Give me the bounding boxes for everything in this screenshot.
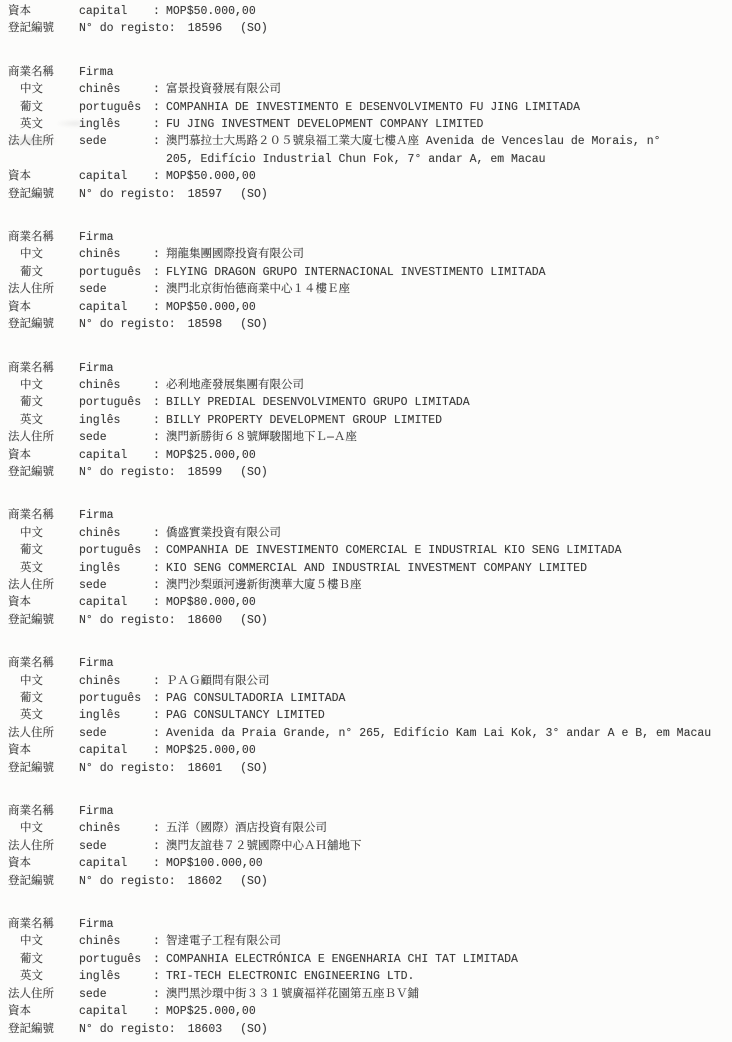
field-row: 法人住所sede:澳門黑沙環中街３３１號廣福祥花園第五座ＢＶ鋪 [0,986,732,1003]
registration-entry: 商業名稱Firma中文chinês:ＰＡＧ顧問有限公司葡文português:P… [0,655,732,777]
field-label-zh: 法人住所 [0,133,79,150]
colon-separator: : [153,1003,166,1020]
field-label-zh: 中文 [0,933,79,950]
field-value: COMPANHIA DE INVESTIMENTO COMERCIAL E IN… [166,542,732,559]
field-label-pt: capital [79,3,153,20]
firm-header-row: 商業名稱Firma [0,360,732,377]
field-label-pt: Firma [79,916,153,933]
field-row: 葡文português:BILLY PREDIAL DESENVOLVIMENT… [0,394,732,411]
registry-row: 登記編號N° do registo:18603(SO) [0,1021,732,1038]
field-value: MOP$100.000,00 [166,855,732,872]
field-label-zh: 法人住所 [0,577,79,594]
field-label-pt: sede [79,838,153,855]
colon-separator: : [153,81,166,98]
field-label-pt: chinês [79,933,153,950]
field-row: 中文chinês:僑盛實業投資有限公司 [0,525,732,542]
colon-separator: : [153,377,166,394]
registry-number: 18597 [188,186,223,203]
registry-row: 登記編號N° do registo:18600(SO) [0,612,732,629]
registration-entry: 商業名稱Firma中文chinês:五洋（國際）酒店投資有限公司法人住所sede… [0,803,732,890]
field-label-pt: sede [79,281,153,298]
field-row: 資本capital:MOP$50.000,00 [0,3,732,20]
field-label-zh: 葡文 [0,99,79,116]
registry-number: 18601 [188,760,223,777]
field-label-pt: chinês [79,525,153,542]
field-label-pt: sede [79,429,153,446]
firm-header-row: 商業名稱Firma [0,507,732,524]
registration-entry: 商業名稱Firma中文chinês:富景投資發展有限公司葡文português:… [0,64,732,203]
colon-separator: : [153,707,166,724]
field-label-zh: 登記編號 [0,873,79,890]
registration-entry: 商業名稱Firma中文chinês:翔龍集團國際投資有限公司葡文portuguê… [0,229,732,333]
field-value: Avenida da Praia Grande, n° 265, Edifíci… [166,725,732,742]
field-label-zh: 中文 [0,525,79,542]
colon-separator: : [153,820,166,837]
field-row: 英文inglês:TRI-TECH ELECTRONIC ENGINEERING… [0,968,732,985]
field-value: 富景投資發展有限公司 [166,81,732,98]
field-label-zh: 資本 [0,594,79,611]
field-label-pt: capital [79,299,153,316]
field-label-zh: 法人住所 [0,429,79,446]
field-value: 澳門沙梨頭河邊新街澳華大廈５樓Ｂ座 [166,577,732,594]
field-value: 澳門慕拉士大馬路２０５號泉福工業大廈七樓Ａ座 Avenida de Vences… [166,133,732,150]
field-value: 澳門黑沙環中街３３１號廣福祥花園第五座ＢＶ鋪 [166,986,732,1003]
field-label-zh: 資本 [0,742,79,759]
field-row: 法人住所sede:澳門北京街怡德商業中心１４樓Ｅ座 [0,281,732,298]
colon-separator: : [153,168,166,185]
colon-separator: : [153,838,166,855]
field-label-pt: chinês [79,820,153,837]
field-label-zh: 中文 [0,673,79,690]
registry-number: 18603 [188,1021,223,1038]
registry-row: 登記編號N° do registo:18599(SO) [0,464,732,481]
colon-separator: : [153,525,166,542]
field-label-zh: 登記編號 [0,186,79,203]
colon-separator: : [153,99,166,116]
field-row: 葡文português:COMPANHIA ELECTRÓNICA E ENGE… [0,951,732,968]
colon-separator: : [153,968,166,985]
field-label-zh: 法人住所 [0,281,79,298]
field-value: MOP$50.000,00 [166,299,732,316]
gazette-page: 資本capital:MOP$50.000,00登記編號N° do registo… [0,0,732,1042]
field-label-zh: 法人住所 [0,838,79,855]
field-value: MOP$50.000,00 [166,168,732,185]
field-label-pt: Firma [79,803,153,820]
field-row: 中文chinês:智達電子工程有限公司 [0,933,732,950]
field-label-zh: 登記編號 [0,760,79,777]
field-label-pt: inglês [79,707,153,724]
field-label-pt: chinês [79,377,153,394]
colon-separator: : [153,447,166,464]
field-value: 翔龍集團國際投資有限公司 [166,246,732,263]
field-row: 葡文português:COMPANHIA DE INVESTIMENTO CO… [0,542,732,559]
field-label-zh: 商業名稱 [0,655,79,672]
field-label-pt: português [79,99,153,116]
field-row: 英文inglês:PAG CONSULTANCY LIMITED [0,707,732,724]
field-label-zh: 法人住所 [0,986,79,1003]
field-label-pt: Firma [79,507,153,524]
firm-header-row: 商業名稱Firma [0,229,732,246]
field-value: ＰＡＧ顧問有限公司 [166,673,732,690]
registry-suffix: (SO) [240,186,268,203]
colon-separator: : [153,412,166,429]
registry-row: 登記編號N° do registo:18602(SO) [0,873,732,890]
firm-header-row: 商業名稱Firma [0,64,732,81]
field-label-zh: 資本 [0,168,79,185]
field-label-zh: 商業名稱 [0,229,79,246]
field-label-pt: capital [79,594,153,611]
firm-header-row: 商業名稱Firma [0,916,732,933]
field-label-pt: inglês [79,116,153,133]
field-row: 葡文português:PAG CONSULTADORIA LIMITADA [0,690,732,707]
field-label-zh: 登記編號 [0,316,79,333]
colon-separator: : [153,594,166,611]
field-row: 中文chinês:富景投資發展有限公司 [0,81,732,98]
field-value: FU JING INVESTMENT DEVELOPMENT COMPANY L… [166,116,732,133]
registration-entry: 商業名稱Firma中文chinês:智達電子工程有限公司葡文português:… [0,916,732,1038]
field-label-zh: 登記編號 [0,1021,79,1038]
field-label-zh: 商業名稱 [0,360,79,377]
field-row: 英文inglês:BILLY PROPERTY DEVELOPMENT GROU… [0,412,732,429]
field-label-zh: 葡文 [0,264,79,281]
field-label-zh: 葡文 [0,542,79,559]
field-value: COMPANHIA ELECTRÓNICA E ENGENHARIA CHI T… [166,951,732,968]
firm-header-row: 商業名稱Firma [0,655,732,672]
field-value-continuation: 205, Edifício Industrial Chun Fok, 7° an… [166,151,546,168]
registry-suffix: (SO) [240,464,268,481]
field-label-pt: capital [79,1003,153,1020]
registration-entry: 商業名稱Firma中文chinês:必利地產發展集團有限公司葡文portuguê… [0,360,732,482]
field-row: 英文inglês:FU JING INVESTMENT DEVELOPMENT … [0,116,732,133]
field-label-pt: N° do registo: [79,873,176,890]
field-row: 中文chinês:翔龍集團國際投資有限公司 [0,246,732,263]
registry-suffix: (SO) [240,1021,268,1038]
field-label-zh: 商業名稱 [0,507,79,524]
field-row: 中文chinês:ＰＡＧ顧問有限公司 [0,673,732,690]
field-row: 資本capital:MOP$25.000,00 [0,742,732,759]
field-label-pt: N° do registo: [79,612,176,629]
field-label-pt: português [79,264,153,281]
field-label-zh: 商業名稱 [0,916,79,933]
field-label-zh: 英文 [0,707,79,724]
field-label-pt: inglês [79,560,153,577]
colon-separator: : [153,933,166,950]
continuation-row: 205, Edifício Industrial Chun Fok, 7° an… [0,151,732,168]
field-value: MOP$25.000,00 [166,742,732,759]
field-label-pt: capital [79,447,153,464]
colon-separator: : [153,690,166,707]
registry-number: 18598 [188,316,223,333]
field-value: 澳門友誼巷７２號國際中心ＡＨ舖地下 [166,838,732,855]
colon-separator: : [153,246,166,263]
field-value: COMPANHIA DE INVESTIMENTO E DESENVOLVIME… [166,99,732,116]
field-label-pt: Firma [79,229,153,246]
field-value: 智達電子工程有限公司 [166,933,732,950]
registry-suffix: (SO) [240,760,268,777]
registry-number: 18602 [188,873,223,890]
registry-number: 18600 [188,612,223,629]
colon-separator: : [153,3,166,20]
field-label-zh: 商業名稱 [0,64,79,81]
field-label-pt: N° do registo: [79,20,176,37]
field-label-pt: sede [79,725,153,742]
firm-header-row: 商業名稱Firma [0,803,732,820]
field-row: 中文chinês:必利地產發展集團有限公司 [0,377,732,394]
field-value: BILLY PROPERTY DEVELOPMENT GROUP LIMITED [166,412,732,429]
field-label-pt: português [79,542,153,559]
field-label-zh: 英文 [0,560,79,577]
field-row: 資本capital:MOP$25.000,00 [0,447,732,464]
field-value: 澳門新勝街６８號輝駿閣地下Ｌ—Ａ座 [166,429,732,446]
registration-entry: 資本capital:MOP$50.000,00登記編號N° do registo… [0,3,732,38]
field-label-zh: 商業名稱 [0,803,79,820]
field-value: MOP$25.000,00 [166,447,732,464]
registry-row: 登記編號N° do registo:18598(SO) [0,316,732,333]
registry-number: 18596 [188,20,223,37]
registry-row: 登記編號N° do registo:18597(SO) [0,186,732,203]
field-row: 英文inglês:KIO SENG COMMERCIAL AND INDUSTR… [0,560,732,577]
field-label-zh: 英文 [0,968,79,985]
colon-separator: : [153,673,166,690]
colon-separator: : [153,560,166,577]
field-row: 資本capital:MOP$50.000,00 [0,299,732,316]
field-value: FLYING DRAGON GRUPO INTERNACIONAL INVEST… [166,264,732,281]
field-value: MOP$25.000,00 [166,1003,732,1020]
field-label-zh: 資本 [0,3,79,20]
field-label-zh: 登記編號 [0,20,79,37]
field-label-pt: chinês [79,246,153,263]
field-label-pt: sede [79,133,153,150]
field-label-pt: chinês [79,81,153,98]
field-value: MOP$50.000,00 [166,3,732,20]
field-label-pt: capital [79,168,153,185]
field-row: 法人住所sede:澳門友誼巷７２號國際中心ＡＨ舖地下 [0,838,732,855]
field-label-zh: 葡文 [0,690,79,707]
field-value: PAG CONSULTADORIA LIMITADA [166,690,732,707]
field-row: 葡文português:FLYING DRAGON GRUPO INTERNAC… [0,264,732,281]
field-label-zh: 葡文 [0,394,79,411]
field-row: 資本capital:MOP$100.000,00 [0,855,732,872]
field-label-pt: Firma [79,64,153,81]
registry-row: 登記編號N° do registo:18601(SO) [0,760,732,777]
field-label-zh: 資本 [0,447,79,464]
field-label-zh: 中文 [0,246,79,263]
field-label-pt: capital [79,855,153,872]
field-row: 法人住所sede:Avenida da Praia Grande, n° 265… [0,725,732,742]
colon-separator: : [153,264,166,281]
field-label-zh: 英文 [0,412,79,429]
field-label-zh: 中文 [0,820,79,837]
registry-suffix: (SO) [240,873,268,890]
field-label-pt: N° do registo: [79,464,176,481]
field-label-pt: Firma [79,655,153,672]
registry-suffix: (SO) [240,20,268,37]
colon-separator: : [153,133,166,150]
registry-number: 18599 [188,464,223,481]
colon-separator: : [153,577,166,594]
field-row: 中文chinês:五洋（國際）酒店投資有限公司 [0,820,732,837]
field-label-pt: inglês [79,968,153,985]
colon-separator: : [153,116,166,133]
field-label-zh: 登記編號 [0,612,79,629]
field-label-pt: sede [79,577,153,594]
field-label-pt: sede [79,986,153,1003]
colon-separator: : [153,429,166,446]
colon-separator: : [153,299,166,316]
field-value: TRI-TECH ELECTRONIC ENGINEERING LTD. [166,968,732,985]
field-value: 五洋（國際）酒店投資有限公司 [166,820,732,837]
field-label-pt: capital [79,742,153,759]
field-label-pt: N° do registo: [79,186,176,203]
field-value: KIO SENG COMMERCIAL AND INDUSTRIAL INVES… [166,560,732,577]
field-label-zh: 中文 [0,81,79,98]
field-label-zh: 法人住所 [0,725,79,742]
field-label-pt: português [79,690,153,707]
field-value: 必利地產發展集團有限公司 [166,377,732,394]
registry-suffix: (SO) [240,612,268,629]
colon-separator: : [153,742,166,759]
colon-separator: : [153,394,166,411]
field-label-pt: inglês [79,412,153,429]
field-value: 澳門北京街怡德商業中心１４樓Ｅ座 [166,281,732,298]
field-label-pt: português [79,394,153,411]
colon-separator: : [153,986,166,1003]
field-label-zh: 中文 [0,377,79,394]
field-label-pt: chinês [79,673,153,690]
colon-separator: : [153,855,166,872]
field-label-pt: N° do registo: [79,1021,176,1038]
field-label-pt: N° do registo: [79,760,176,777]
field-label-zh: 英文 [0,116,79,133]
registration-entries: 資本capital:MOP$50.000,00登記編號N° do registo… [0,3,732,1038]
field-row: 資本capital:MOP$80.000,00 [0,594,732,611]
field-value: PAG CONSULTANCY LIMITED [166,707,732,724]
field-label-zh: 資本 [0,1003,79,1020]
field-row: 法人住所sede:澳門沙梨頭河邊新街澳華大廈５樓Ｂ座 [0,577,732,594]
field-row: 法人住所sede:澳門慕拉士大馬路２０５號泉福工業大廈七樓Ａ座 Avenida … [0,133,732,150]
field-label-zh: 登記編號 [0,464,79,481]
registry-row: 登記編號N° do registo:18596(SO) [0,20,732,37]
colon-separator: : [153,281,166,298]
field-row: 資本capital:MOP$25.000,00 [0,1003,732,1020]
colon-separator: : [153,951,166,968]
field-label-pt: português [79,951,153,968]
field-value: 僑盛實業投資有限公司 [166,525,732,542]
field-row: 資本capital:MOP$50.000,00 [0,168,732,185]
field-row: 葡文português:COMPANHIA DE INVESTIMENTO E … [0,99,732,116]
registration-entry: 商業名稱Firma中文chinês:僑盛實業投資有限公司葡文português:… [0,507,732,629]
field-row: 法人住所sede:澳門新勝街６８號輝駿閣地下Ｌ—Ａ座 [0,429,732,446]
field-label-zh: 資本 [0,855,79,872]
registry-suffix: (SO) [240,316,268,333]
colon-separator: : [153,542,166,559]
field-label-zh: 資本 [0,299,79,316]
field-label-pt: N° do registo: [79,316,176,333]
field-label-pt: Firma [79,360,153,377]
field-label-zh: 葡文 [0,951,79,968]
field-value: MOP$80.000,00 [166,594,732,611]
field-value: BILLY PREDIAL DESENVOLVIMENTO GRUPO LIMI… [166,394,732,411]
colon-separator: : [153,725,166,742]
